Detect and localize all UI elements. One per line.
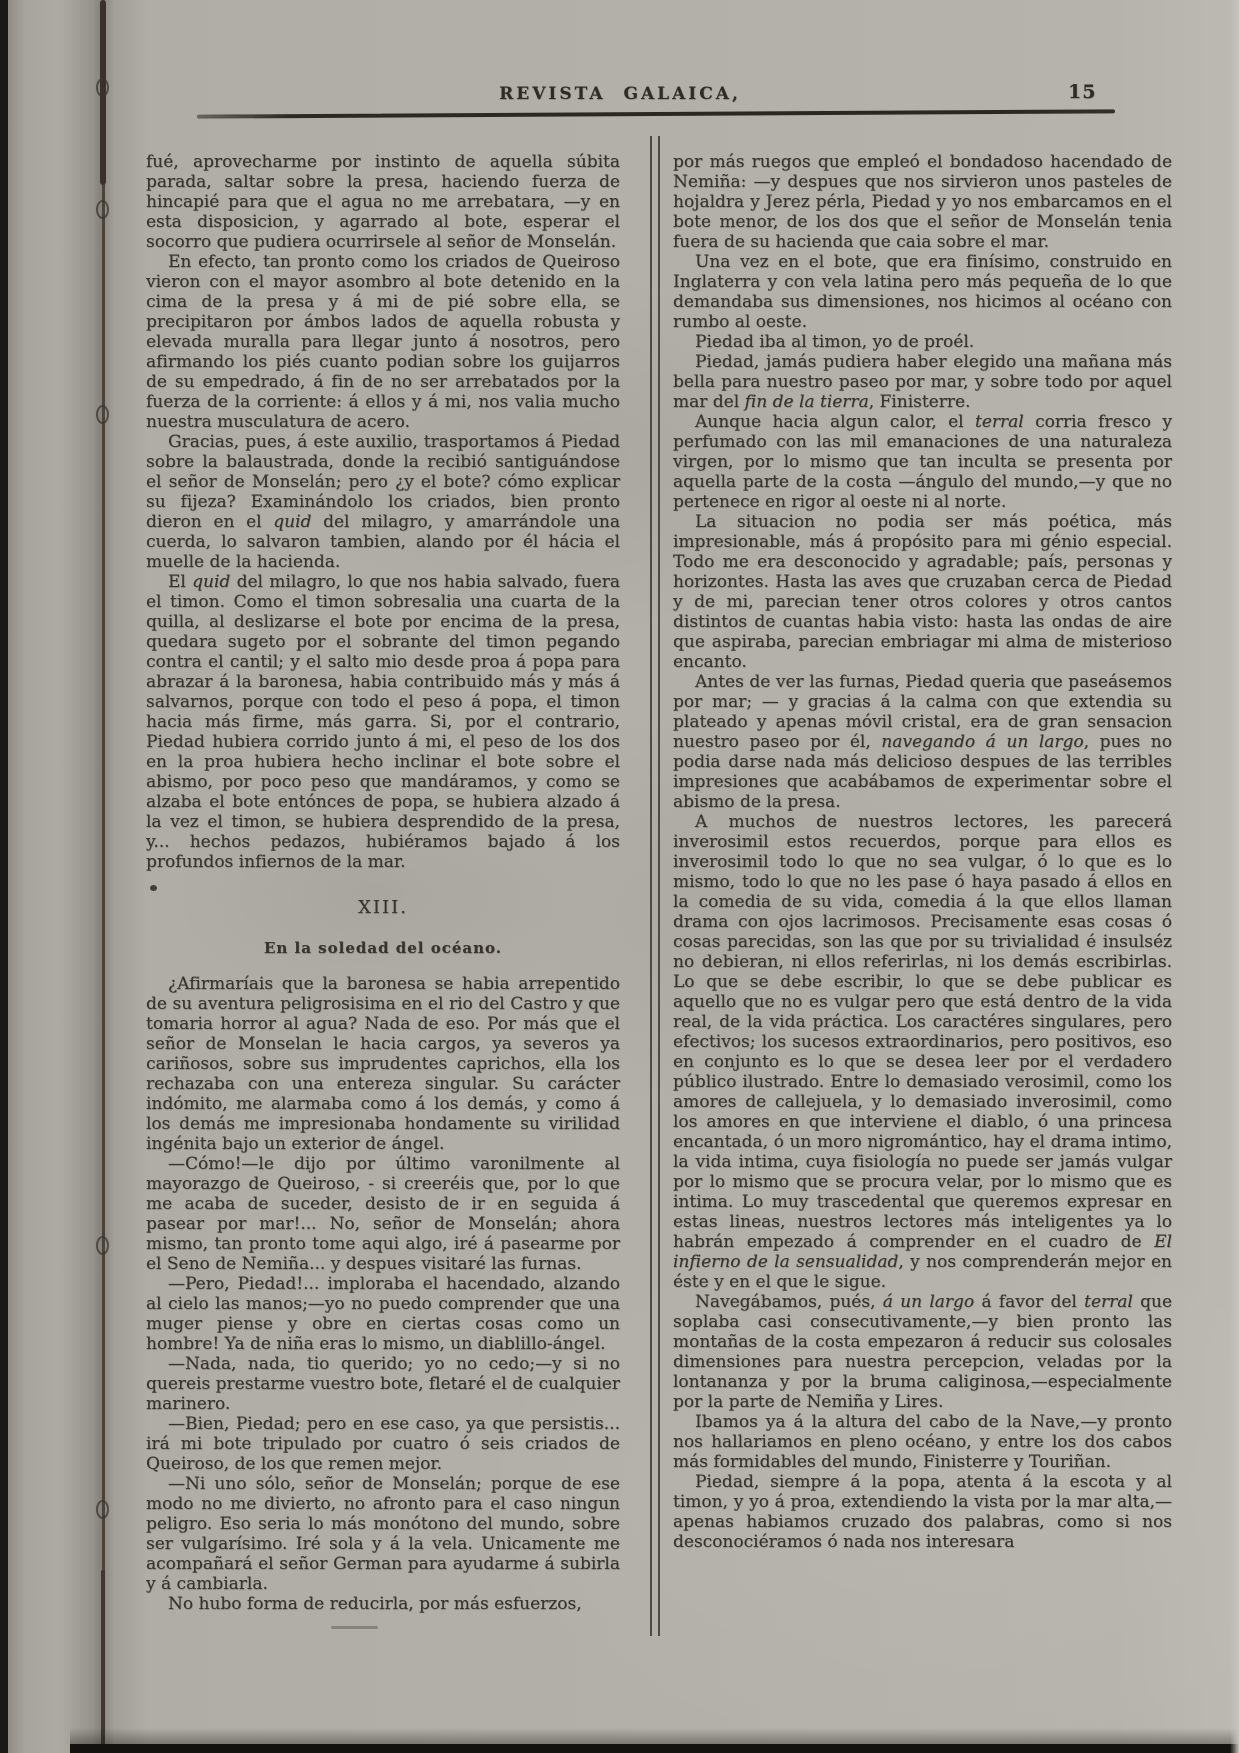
paragraph: —Ni uno sólo, señor de Monselán; porque …: [146, 1474, 620, 1594]
scanned-page: { "colors": { "paper": "#b2afa8", "ink":…: [0, 0, 1239, 1753]
page-edge-right: [1230, 0, 1239, 1753]
paragraph: Una vez en el bote, que era finísimo, co…: [673, 252, 1172, 332]
paragraph: La situacion no podia ser más poética, m…: [673, 512, 1172, 672]
right-column: por más ruegos que empleó el bondadoso h…: [673, 152, 1172, 1552]
paragraph: —Bien, Piedad; pero en ese caso, ya que …: [146, 1414, 620, 1474]
paragraph: El quid del milagro, lo que nos habia sa…: [146, 572, 620, 872]
paragraph: Ibamos ya á la altura del cabo de la Nav…: [673, 1412, 1172, 1472]
paragraph: Piedad, jamás pudiera haber elegido una …: [673, 352, 1172, 412]
journal-title: REVISTA GALAICA,: [470, 84, 770, 104]
binding-stitch: [96, 405, 109, 424]
column-divider-rule: [650, 136, 660, 1636]
paragraph: A muchos de nuestros lectores, les parec…: [673, 812, 1172, 1292]
faint-separator-dash: [331, 1626, 378, 1629]
binding-stitch: [96, 1236, 109, 1255]
paragraph: Piedad iba al timon, yo de proél.: [673, 332, 1172, 352]
paragraph: Aunque hacia algun calor, el terral corr…: [673, 412, 1172, 512]
paragraph: No hubo forma de reducirla, por más esfu…: [146, 1594, 620, 1614]
paragraph: ¿Afirmaríais que la baronesa se habia ar…: [146, 974, 620, 1154]
paragraph: Navegábamos, pués, á un largo á favor de…: [673, 1292, 1172, 1412]
paragraph: —Nada, nada, tio querido; yo no cedo;—y …: [146, 1354, 620, 1414]
binding-fold-line-bottom: [101, 1570, 105, 1753]
scan-edge-bottom: [70, 1744, 1239, 1753]
left-column: fué, aprovecharme por instinto de aquell…: [146, 152, 620, 1614]
paragraph: fué, aprovecharme por instinto de aquell…: [146, 152, 620, 252]
paragraph: En efecto, tan pronto como los criados d…: [146, 252, 620, 432]
ink-spot: [150, 885, 157, 891]
binding-stitch: [96, 78, 109, 97]
paragraph: por más ruegos que empleó el bondadoso h…: [673, 152, 1172, 252]
paragraph: —Pero, Piedad!... imploraba el hacendado…: [146, 1274, 620, 1354]
scan-edge-bottom-fade: [70, 1728, 1239, 1744]
paragraph: Antes de ver las furnas, Piedad queria q…: [673, 672, 1172, 812]
paragraph: Piedad, siempre á la popa, atenta á la e…: [673, 1472, 1172, 1552]
paragraph: —Cómo!—le dijo por último varonilmente a…: [146, 1154, 620, 1274]
paragraph: Gracias, pues, á este auxilio, trasporta…: [146, 432, 620, 572]
page-number: 15: [1068, 81, 1096, 103]
binding-fold-line: [102, 0, 105, 1753]
chapter-number: XIII.: [146, 898, 620, 918]
binding-stitch: [96, 1500, 109, 1519]
binding-stitch: [96, 200, 109, 219]
scan-edge-left: [0, 0, 8, 1753]
chapter-title: En la soledad del océano.: [146, 938, 620, 958]
